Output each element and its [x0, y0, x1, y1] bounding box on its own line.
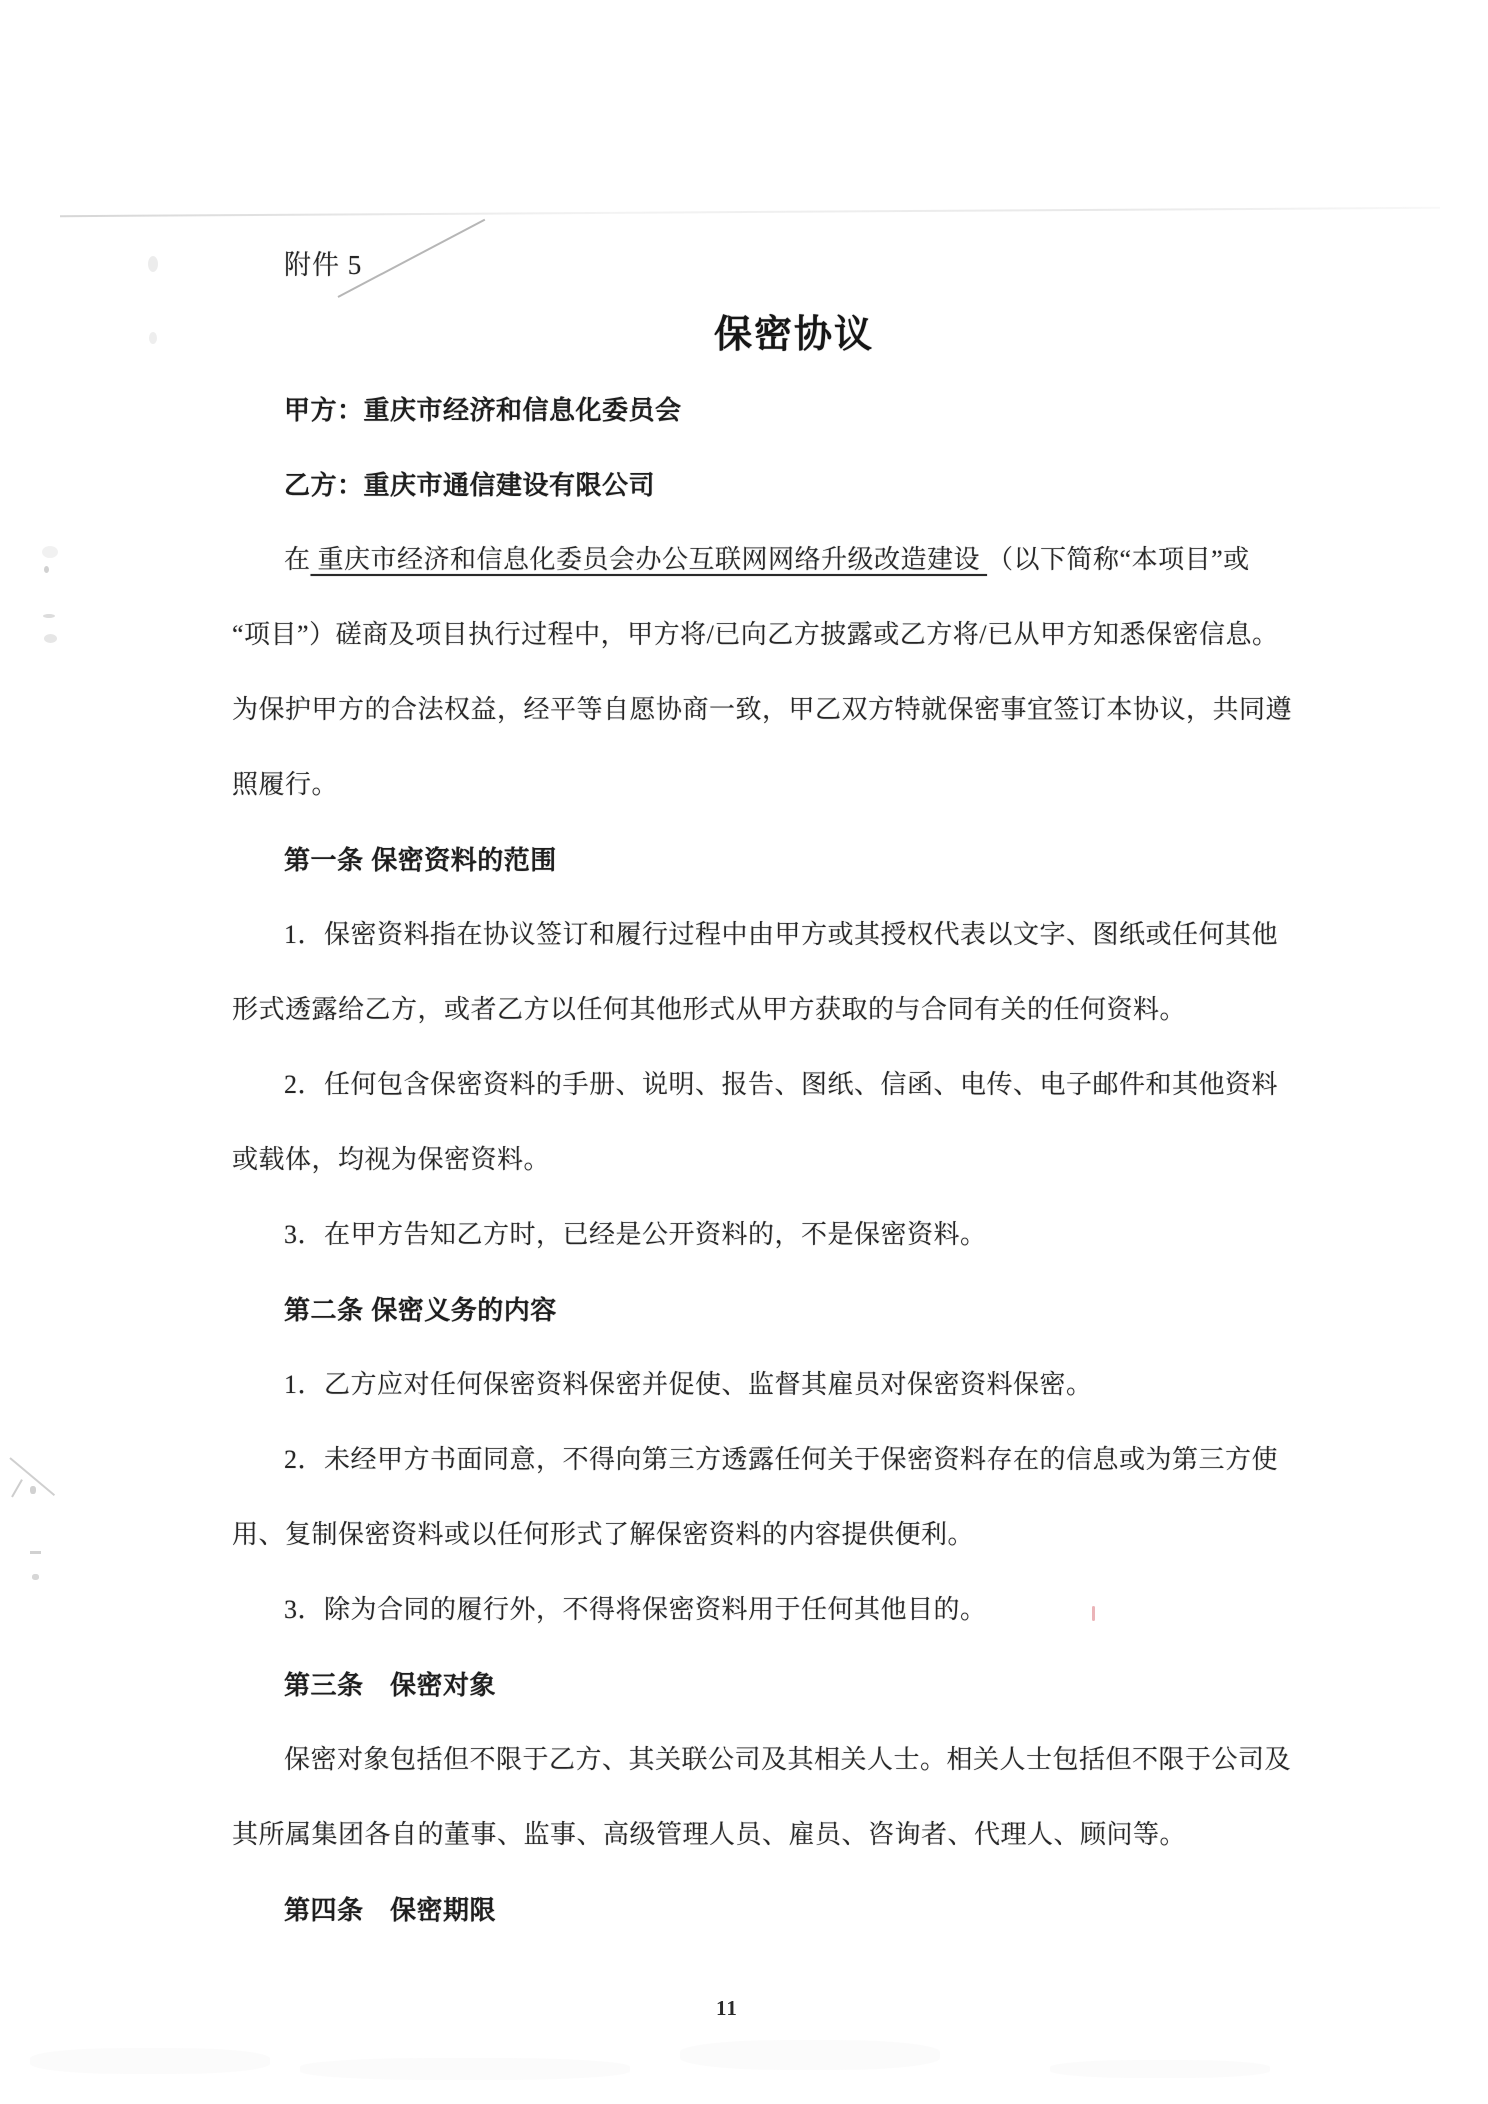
article2-item2-line2: 用、复制保密资料或以任何形式了解保密资料的内容提供便利。: [232, 1518, 1332, 1554]
article1-item1-line2: 形式透露给乙方，或者乙方以任何其他形式从甲方获取的与合同有关的任何资料。: [232, 993, 1332, 1029]
party-b-line: 乙方：重庆市通信建设有限公司: [232, 468, 1332, 504]
scan-smudge-artifact: [149, 332, 157, 344]
attachment-label: 附件 5: [284, 243, 362, 282]
pen-mark-artifact: [32, 1574, 39, 1580]
article2-heading: 第二条 保密义务的内容: [232, 1293, 1332, 1329]
scan-streak-artifact: [60, 207, 1440, 217]
bleedthrough-artifact: [680, 2040, 940, 2070]
intro-line-4: 照履行。: [232, 768, 1332, 804]
bleedthrough-artifact: [1050, 2060, 1270, 2078]
document-page: 附件 5 保密协议 甲方：重庆市经济和信息化委员会 乙方：重庆市通信建设有限公司…: [0, 0, 1488, 2104]
bleedthrough-artifact: [30, 2048, 270, 2074]
pen-mark-artifact: [11, 1479, 23, 1497]
article3-body-line2: 其所属集团各自的董事、监事、高级管理人员、雇员、咨询者、代理人、顾问等。: [232, 1818, 1332, 1854]
article2-item3: 3．除为合同的履行外，不得将保密资料用于任何其他目的。: [232, 1593, 1332, 1629]
intro-line-2: “项目”）磋商及项目执行过程中，甲方将/已向乙方披露或乙方将/已从甲方知悉保密信…: [232, 618, 1332, 654]
document-title: 保密协议: [266, 303, 1322, 358]
article3-body-line1: 保密对象包括但不限于乙方、其关联公司及其相关人士。相关人士包括但不限于公司及: [232, 1743, 1332, 1779]
pen-mark-artifact: [30, 1551, 41, 1554]
pen-mark-artifact: [9, 1457, 55, 1496]
intro-prefix: 在: [284, 545, 311, 574]
article1-heading: 第一条 保密资料的范围: [232, 843, 1332, 879]
article3-heading: 第三条 保密对象: [232, 1668, 1332, 1704]
intro-line-3: 为保护甲方的合法权益，经平等自愿协商一致，甲乙双方特就保密事宜签订本协议，共同遵: [232, 693, 1332, 729]
scan-smudge-artifact: [43, 614, 55, 618]
bleedthrough-artifact: [300, 2058, 630, 2080]
intro-suffix: （以下简称“本项目”或: [987, 545, 1250, 574]
project-name-underlined: 重庆市经济和信息化委员会办公互联网网络升级改造建设: [311, 545, 988, 574]
intro-line-1: 在 重庆市经济和信息化委员会办公互联网网络升级改造建设 （以下简称“本项目”或: [232, 543, 1332, 579]
party-a-line: 甲方：重庆市经济和信息化委员会: [232, 393, 1332, 429]
article2-item2-line1: 2．未经甲方书面同意，不得向第三方透露任何关于保密资料存在的信息或为第三方使: [232, 1443, 1332, 1479]
article4-heading: 第四条 保密期限: [232, 1893, 1332, 1929]
page-number: 11: [716, 1996, 738, 2021]
article1-item1-line1: 1．保密资料指在协议签订和履行过程中由甲方或其授权代表以文字、图纸或任何其他: [232, 918, 1332, 954]
article1-item3: 3．在甲方告知乙方时，已经是公开资料的，不是保密资料。: [232, 1218, 1332, 1254]
article2-item1: 1．乙方应对任何保密资料保密并促使、监督其雇员对保密资料保密。: [232, 1368, 1332, 1404]
article1-item2-line2: 或载体，均视为保密资料。: [232, 1143, 1332, 1179]
scan-smudge-artifact: [42, 546, 58, 558]
article1-item2-line1: 2．任何包含保密资料的手册、说明、报告、图纸、信函、电传、电子邮件和其他资料: [232, 1068, 1332, 1104]
scan-smudge-artifact: [44, 634, 57, 643]
scan-smudge-artifact: [148, 256, 158, 272]
scan-smudge-artifact: [44, 566, 49, 573]
pen-mark-artifact: [30, 1486, 36, 1494]
